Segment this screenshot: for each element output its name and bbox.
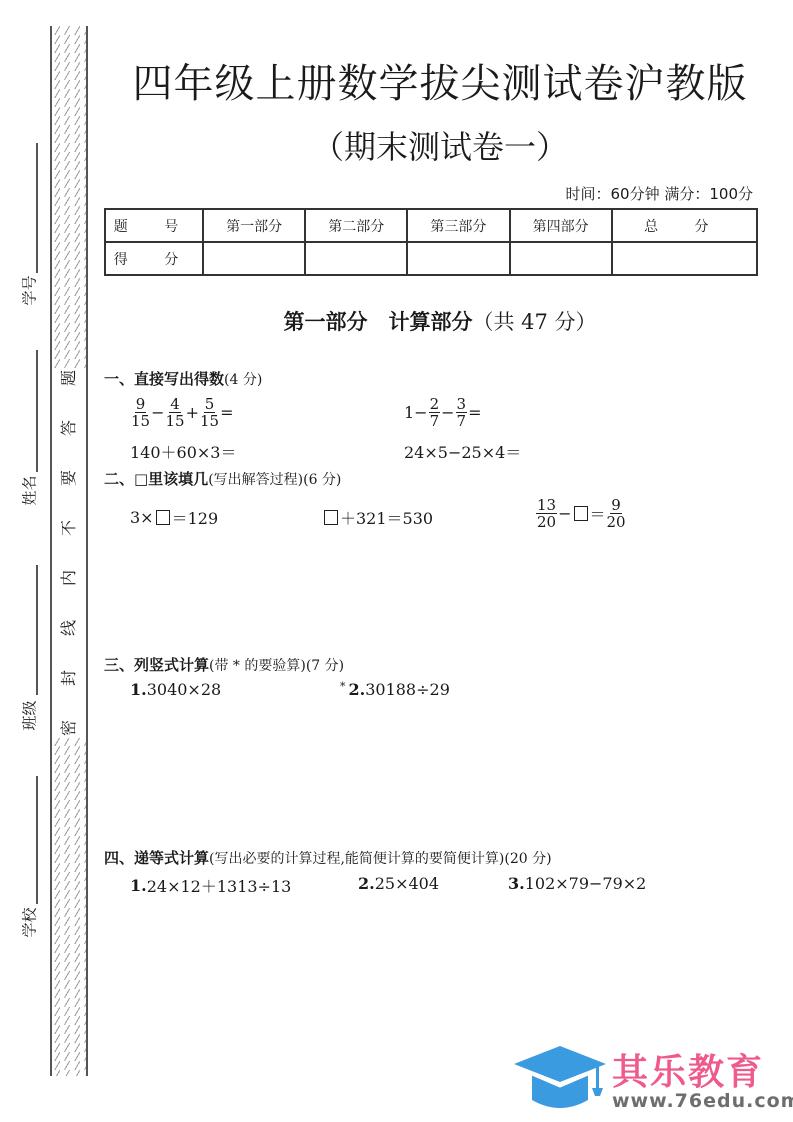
table-header-cell: 总 分 [612, 209, 757, 242]
seal-char: 要 [59, 470, 79, 486]
fraction: 1320 [536, 497, 557, 530]
q1-expression-3: 140＋60×3＝ [130, 440, 237, 463]
part1-heading: 第一部分 计算部分（共 47 分） [100, 306, 780, 336]
score-table-header-row: 题 号 第一部分 第二部分 第三部分 第四部分 总 分 [105, 209, 757, 242]
q1-expression-1: 915 − 415 + 515 = [130, 396, 234, 429]
score-cell-part1[interactable] [203, 242, 305, 275]
table-header-cell: 第二部分 [305, 209, 407, 242]
answer-box-icon [156, 510, 170, 525]
watermark-url: www.76edu.com [612, 1090, 793, 1112]
exam-meta: 时间：60分钟 满分：100分 [566, 183, 754, 204]
seal-char: 题 [59, 370, 79, 386]
question4-title: 四、递等式计算 [104, 849, 209, 867]
score-table-score-row: 得 分 [105, 242, 757, 275]
score-cell-total[interactable] [612, 242, 757, 275]
table-header-cell: 第一部分 [203, 209, 305, 242]
q4-item-3: 3.102×79−79×2 [508, 874, 646, 893]
graduation-cap-icon [512, 1044, 608, 1114]
watermark-brand: 其乐教育 [612, 1044, 764, 1095]
question1-title: 一、直接写出得数 [104, 370, 224, 388]
watermark-logo: 其乐教育 www.76edu.com [512, 1040, 782, 1120]
seal-char: 不 [59, 520, 79, 536]
q2-expression-2: ＋321＝530 [322, 506, 433, 529]
table-header-cell: 第四部分 [510, 209, 612, 242]
score-cell-part3[interactable] [407, 242, 509, 275]
q3-item-1: 1.3040×28 [130, 680, 221, 699]
fraction: 415 [166, 396, 185, 429]
verify-star-icon: * [340, 680, 346, 693]
question4-heading: 四、递等式计算(写出必要的计算过程,能简便计算的要简便计算)(20 分) [104, 847, 552, 868]
seal-char: 内 [59, 570, 79, 586]
answer-box-icon [324, 510, 338, 525]
question3-note: (带 * 的要验算)(7 分) [209, 658, 344, 674]
q1-expression-4: 24×5−25×4＝ [404, 440, 521, 463]
name-field-line[interactable] [36, 350, 38, 472]
question3-heading: 三、列竖式计算(带 * 的要验算)(7 分) [104, 654, 344, 675]
class-field-line[interactable] [36, 565, 38, 695]
seal-line-text: 题 答 要 不 内 线 封 密 [52, 368, 86, 738]
score-cell-part4[interactable] [510, 242, 612, 275]
seal-char: 封 [59, 670, 79, 686]
seal-char: 答 [59, 420, 79, 436]
question2-heading: 二、□里该填几(写出解答过程)(6 分) [104, 468, 341, 489]
seal-char: 线 [59, 620, 79, 636]
answer-box-icon [574, 506, 588, 521]
student-id-field-line[interactable] [36, 143, 38, 273]
page-subtitle: （期末测试卷一） [100, 122, 780, 168]
question3-title: 三、列竖式计算 [104, 656, 209, 674]
fraction: 27 [429, 396, 441, 429]
page-title: 四年级上册数学拔尖测试卷沪教版 [100, 52, 780, 109]
q2-expression-3: 1320 −＝ 920 [535, 497, 627, 530]
table-header-cell: 第三部分 [407, 209, 509, 242]
score-cell-part2[interactable] [305, 242, 407, 275]
fraction: 37 [456, 396, 468, 429]
fraction: 915 [131, 396, 150, 429]
question2-note: (写出解答过程)(6 分) [208, 472, 341, 488]
question4-note: (写出必要的计算过程,能简便计算的要简便计算)(20 分) [209, 851, 552, 867]
school-field-line[interactable] [36, 776, 38, 904]
q4-item-2: 2.25×404 [358, 874, 439, 893]
seal-char: 密 [59, 720, 79, 736]
fraction: 920 [607, 497, 626, 530]
score-table: 题 号 第一部分 第二部分 第三部分 第四部分 总 分 得 分 [104, 208, 758, 276]
question2-title: 二、□里该填几 [104, 470, 208, 488]
fraction: 515 [200, 396, 219, 429]
question1-note: (4 分) [224, 372, 262, 388]
q4-item-1: 1.24×12＋1313÷13 [130, 874, 291, 897]
q3-item-2: *2.30188÷29 [340, 680, 450, 699]
part1-score: （共 47 分） [472, 310, 596, 334]
table-row-label: 得 分 [105, 242, 203, 275]
q1-expression-2: 1− 27 − 37 = [404, 396, 482, 429]
question1-heading: 一、直接写出得数(4 分) [104, 368, 262, 389]
q2-expression-1: 3×＝129 [130, 506, 218, 529]
part1-title: 第一部分 计算部分 [283, 310, 472, 334]
table-header-cell: 题 号 [105, 209, 203, 242]
